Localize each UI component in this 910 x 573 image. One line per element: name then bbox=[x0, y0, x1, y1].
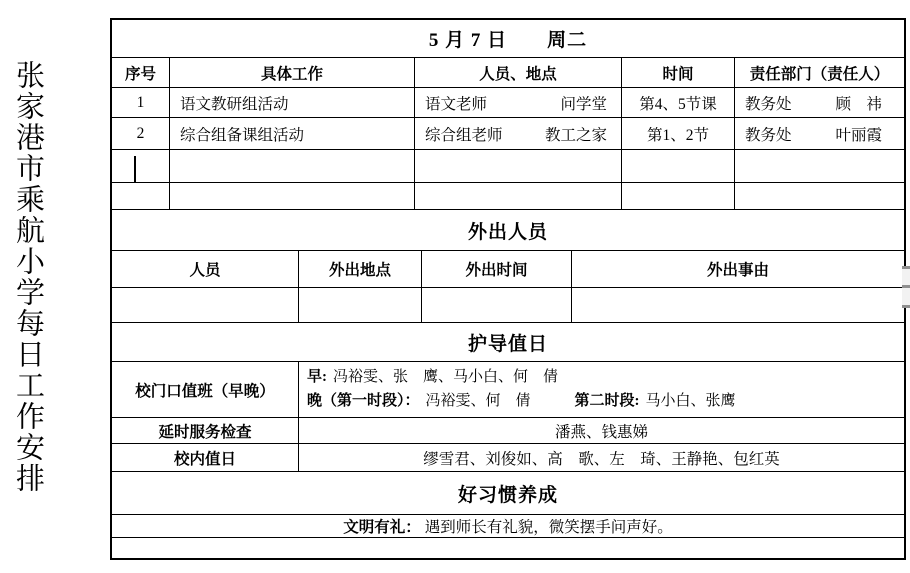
row1-time[interactable]: 第4、5节课 bbox=[622, 88, 735, 117]
campus-duty-label[interactable]: 校内值日 bbox=[112, 444, 299, 471]
schedule-empty-row bbox=[112, 150, 904, 183]
schedule-empty-row bbox=[112, 183, 904, 210]
header-no: 序号 bbox=[112, 58, 170, 87]
campus-duty-row: 校内值日 缪雪君、刘俊如、高 歌、左 琦、王静艳、包红英 bbox=[112, 444, 904, 472]
header-time: 时间 bbox=[622, 58, 735, 87]
delay-service-row: 延时服务检查 潘燕、钱惠娣 bbox=[112, 418, 904, 444]
habit-title: 好习惯养成 bbox=[458, 480, 558, 507]
gate-duty-morning-label: 早: bbox=[307, 369, 327, 385]
header-department: 责任部门（责任人） bbox=[735, 58, 904, 87]
scrollbar-dash bbox=[902, 266, 910, 269]
schedule-header-row: 序号 具体工作 人员、地点 时间 责任部门（责任人） bbox=[112, 58, 904, 88]
text-cursor bbox=[134, 156, 136, 182]
empty-cell[interactable] bbox=[622, 150, 735, 182]
date-title-cell[interactable]: 5 月 7 日 周二 bbox=[112, 20, 904, 57]
row2-department-name: 教务处 bbox=[745, 123, 792, 145]
outing-header-personnel: 人员 bbox=[112, 251, 299, 287]
row1-person: 顾 祎 bbox=[835, 92, 882, 114]
row1-work[interactable]: 语文教研组活动 bbox=[170, 88, 415, 117]
outing-header-row: 人员 外出地点 外出时间 外出事由 bbox=[112, 251, 904, 288]
habit-title-row: 好习惯养成 bbox=[112, 472, 904, 515]
row2-department[interactable]: 教务处 叶丽霞 bbox=[735, 118, 904, 149]
row1-department-name: 教务处 bbox=[745, 92, 792, 114]
outing-header-time: 外出时间 bbox=[422, 251, 572, 287]
empty-cell[interactable] bbox=[299, 288, 422, 322]
date-title-row: 5 月 7 日 周二 bbox=[112, 20, 904, 58]
empty-cell[interactable] bbox=[572, 288, 904, 322]
outing-title: 外出人员 bbox=[468, 217, 548, 244]
empty-cell[interactable] bbox=[112, 150, 170, 182]
duty-title: 护导值日 bbox=[468, 329, 548, 356]
outing-title-row: 外出人员 bbox=[112, 210, 904, 251]
gate-duty-period2-label: 第二时段: bbox=[575, 393, 640, 409]
schedule-row: 2 综合组备课组活动 综合组老师 教工之家 第1、2节 教务处 叶丽霞 bbox=[112, 118, 904, 150]
empty-cell[interactable] bbox=[422, 288, 572, 322]
scrollbar-dash bbox=[902, 305, 910, 308]
empty-cell[interactable] bbox=[622, 183, 735, 209]
empty-cell[interactable] bbox=[415, 183, 622, 209]
empty-cell[interactable] bbox=[735, 150, 904, 182]
gate-duty-evening: 晚（第一时段）：冯裕雯、何 倩第二时段:马小白、张鹰 bbox=[307, 390, 736, 413]
gate-duty-evening-names: 冯裕雯、何 倩 bbox=[426, 393, 531, 409]
row1-personnel: 语文老师 bbox=[425, 92, 487, 114]
campus-duty-names[interactable]: 缪雪君、刘俊如、高 歌、左 琦、王静艳、包红英 bbox=[299, 444, 904, 471]
outing-title-cell[interactable]: 外出人员 bbox=[112, 210, 904, 250]
habit-item-row: 文明有礼：遇到师长有礼貌，微笑摆手问声好。 bbox=[112, 515, 904, 538]
row2-time[interactable]: 第1、2节 bbox=[622, 118, 735, 149]
delay-service-names[interactable]: 潘燕、钱惠娣 bbox=[299, 418, 904, 443]
row1-location: 问学堂 bbox=[560, 92, 607, 114]
document-side-title: 张家港市乘航小学每日工作安排 bbox=[13, 60, 42, 494]
habit-item-label: 文明有礼： bbox=[343, 515, 421, 537]
schedule-row: 1 语文教研组活动 语文老师 问学堂 第4、5节课 教务处 顾 祎 bbox=[112, 88, 904, 118]
duty-title-cell[interactable]: 护导值日 bbox=[112, 323, 904, 361]
duty-title-row: 护导值日 bbox=[112, 323, 904, 362]
scrollbar-dash bbox=[902, 285, 910, 288]
habit-item-text: 遇到师长有礼貌，微笑摆手问声好。 bbox=[425, 515, 673, 537]
row2-location: 教工之家 bbox=[545, 123, 607, 145]
row2-personnel: 综合组老师 bbox=[425, 123, 503, 145]
empty-cell[interactable] bbox=[415, 150, 622, 182]
habit-title-cell[interactable]: 好习惯养成 bbox=[112, 472, 904, 514]
gate-duty-evening-label: 晚（第一时段）： bbox=[307, 393, 420, 409]
gate-duty-row: 校门口值班（早晚） 早:冯裕雯、张 鹰、马小白、何 倩 晚（第一时段）：冯裕雯、… bbox=[112, 362, 904, 418]
gate-duty-morning-names: 冯裕雯、张 鹰、马小白、何 倩 bbox=[333, 369, 558, 385]
delay-service-label[interactable]: 延时服务检查 bbox=[112, 418, 299, 443]
scrollbar-fragment[interactable] bbox=[902, 266, 910, 308]
empty-cell[interactable] bbox=[735, 183, 904, 209]
empty-cell[interactable] bbox=[112, 288, 299, 322]
row1-personnel-location[interactable]: 语文老师 问学堂 bbox=[415, 88, 622, 117]
row1-department[interactable]: 教务处 顾 祎 bbox=[735, 88, 904, 117]
header-work: 具体工作 bbox=[170, 58, 415, 87]
row1-no[interactable]: 1 bbox=[112, 88, 170, 117]
row2-no[interactable]: 2 bbox=[112, 118, 170, 149]
header-personnel-location: 人员、地点 bbox=[415, 58, 622, 87]
row2-personnel-location[interactable]: 综合组老师 教工之家 bbox=[415, 118, 622, 149]
row2-work[interactable]: 综合组备课组活动 bbox=[170, 118, 415, 149]
outing-header-reason: 外出事由 bbox=[572, 251, 904, 287]
outing-empty-row bbox=[112, 288, 904, 323]
empty-cell[interactable] bbox=[170, 150, 415, 182]
empty-cell[interactable] bbox=[112, 183, 170, 209]
outing-header-place: 外出地点 bbox=[299, 251, 422, 287]
date-title: 5 月 7 日 周二 bbox=[429, 25, 587, 52]
gate-duty-period2-names: 马小白、张鹰 bbox=[646, 393, 736, 409]
empty-cell[interactable] bbox=[170, 183, 415, 209]
gate-duty-label[interactable]: 校门口值班（早晚） bbox=[112, 362, 299, 417]
gate-duty-morning: 早:冯裕雯、张 鹰、马小白、何 倩 bbox=[307, 366, 558, 389]
gate-duty-value[interactable]: 早:冯裕雯、张 鹰、马小白、何 倩 晚（第一时段）：冯裕雯、何 倩第二时段:马小… bbox=[299, 362, 904, 417]
row2-person: 叶丽霞 bbox=[835, 123, 882, 145]
daily-work-schedule-table: 5 月 7 日 周二 序号 具体工作 人员、地点 时间 责任部门（责任人） 1 … bbox=[110, 18, 906, 560]
habit-item-cell[interactable]: 文明有礼：遇到师长有礼貌，微笑摆手问声好。 bbox=[112, 515, 904, 537]
